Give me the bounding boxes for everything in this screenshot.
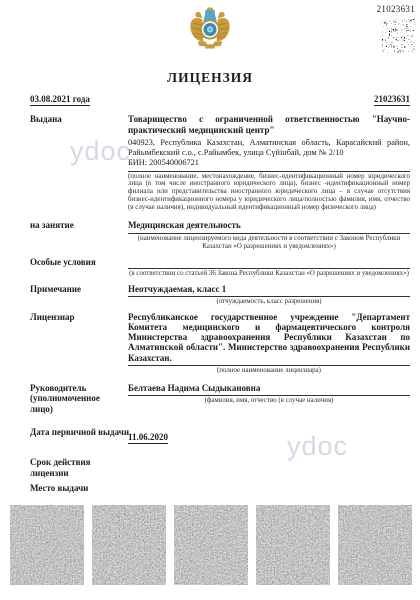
field-note: (полное наименование, местонахождение, б… bbox=[128, 173, 410, 213]
field-label: Особые условия bbox=[30, 257, 128, 278]
field-activity: на занятие Медицинская деятельность (наи… bbox=[30, 220, 410, 250]
field-label: Руководитель (уполномоченное лицо) bbox=[30, 383, 128, 415]
license-body: 03.08.2021 года 21023631 Выдана Товарище… bbox=[30, 94, 410, 493]
licensee-address: 040923, Республика Казахстан, Алматинска… bbox=[128, 138, 410, 158]
field-place: Место выдачи bbox=[30, 483, 410, 494]
field-licensor: Лицензиар Республиканское государственно… bbox=[30, 312, 410, 374]
activity-value: Медицинская деятельность bbox=[128, 220, 410, 231]
field-label-line2: (уполномоченное лицо) bbox=[30, 393, 122, 415]
field-special-conditions: Особые условия (в соответствии со статье… bbox=[30, 257, 410, 278]
divider bbox=[128, 395, 410, 396]
field-label: Выдана bbox=[30, 114, 128, 212]
date-number-row: 03.08.2021 года 21023631 bbox=[30, 94, 410, 106]
license-number-top: 21023631 bbox=[377, 4, 415, 14]
signature-barcode-icon bbox=[174, 505, 248, 585]
licensor-value: Республиканское государственное учрежден… bbox=[128, 312, 410, 362]
remark-value: Неотчуждаемая, класс 1 bbox=[128, 284, 410, 295]
empty-value bbox=[128, 483, 410, 494]
divider bbox=[128, 365, 410, 366]
signature-barcode-icon bbox=[92, 505, 166, 585]
signature-barcode-icon bbox=[256, 505, 330, 585]
field-label: Место выдачи bbox=[30, 483, 128, 494]
field-label: Дата первичной выдачи bbox=[30, 427, 128, 445]
field-label-line1: Руководитель bbox=[30, 383, 122, 394]
divider bbox=[128, 268, 410, 269]
issue-date: 03.08.2021 года bbox=[30, 94, 90, 106]
field-head: Руководитель (уполномоченное лицо) Белта… bbox=[30, 383, 410, 415]
field-note: (полное наименование лицензиара) bbox=[128, 367, 410, 375]
qr-code-icon bbox=[382, 19, 415, 53]
page-title: ЛИЦЕНЗИЯ bbox=[0, 70, 420, 86]
signature-barcode-icon bbox=[338, 505, 412, 585]
field-note: (в соответствии со статьей 36 Закона Рес… bbox=[128, 270, 410, 278]
field-remark: Примечание Неотчуждаемая, класс 1 (отчуж… bbox=[30, 284, 410, 307]
field-note: (отчуждаемость, класс разрешения) bbox=[128, 298, 410, 306]
field-note: (фамилия, имя, отчество (в случае наличи… bbox=[128, 397, 410, 405]
divider bbox=[128, 296, 410, 297]
field-label: Срок действия лицензии bbox=[30, 457, 128, 479]
kazakhstan-emblem-icon bbox=[189, 7, 231, 51]
licensee-bin: БИН: 200540006721 bbox=[128, 158, 410, 168]
signature-barcode-strip bbox=[10, 505, 412, 585]
field-label: на занятие bbox=[30, 220, 128, 250]
field-label: Лицензиар bbox=[30, 312, 128, 374]
license-document-page: ydoc ydoc 21023631 ЛИЦЕНЗИЯ 03.08.2021 г… bbox=[0, 0, 420, 600]
first-issue-date: 11.06.2020 bbox=[128, 432, 168, 444]
empty-value bbox=[128, 457, 410, 479]
head-name: Белтаева Надима Сыдыкановна bbox=[128, 383, 410, 394]
divider bbox=[128, 171, 410, 172]
divider bbox=[128, 233, 410, 234]
field-first-issue: Дата первичной выдачи 11.06.2020 bbox=[30, 427, 410, 445]
empty-value bbox=[128, 257, 410, 266]
field-label: Примечание bbox=[30, 284, 128, 307]
license-number: 21023631 bbox=[374, 94, 410, 106]
field-validity: Срок действия лицензии bbox=[30, 457, 410, 479]
licensee-name: Товарищество с ограниченной ответственно… bbox=[128, 114, 410, 135]
signature-barcode-icon bbox=[10, 505, 84, 585]
field-note: (наименование лицензируемого вида деятел… bbox=[128, 235, 410, 251]
field-issued: Выдана Товарищество с ограниченной ответ… bbox=[30, 114, 410, 212]
